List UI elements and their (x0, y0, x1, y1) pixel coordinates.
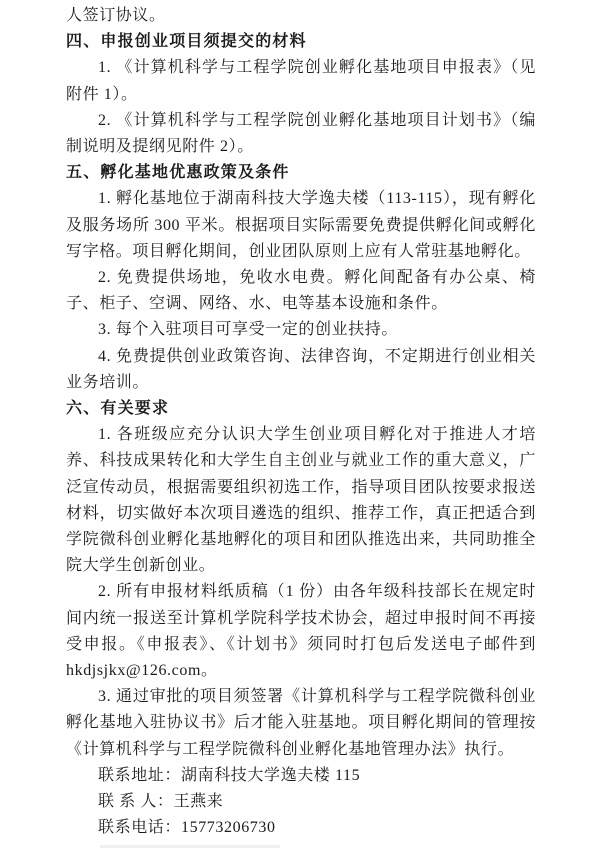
contact-line: 联系电话：15773206730 (66, 815, 536, 841)
section-heading: 四、申报创业项目须提交的材料 (66, 29, 536, 55)
contact-line: 联系地址：湖南科技大学逸夫楼 115 (66, 763, 536, 789)
section-heading: 五、孵化基地优惠政策及条件 (66, 160, 536, 186)
paragraph: 3. 通过审批的项目须签署《计算机科学与工程学院微科创业孵化基地入驻协议书》后才… (66, 684, 536, 763)
paragraph: 1. 各班级应充分认识大学生创业项目孵化对于推进人才培养、科技成果转化和大学生自… (66, 422, 536, 579)
paragraph: 1. 《计算机科学与工程学院创业孵化基地项目申报表》（见附件 1）。 (66, 55, 536, 107)
paragraph: 2. 所有申报材料纸质稿（1 份）由各年级科技部长在规定时间内统一报送至计算机学… (66, 579, 536, 684)
paragraph: 3. 每个入驻项目可享受一定的创业扶持。 (66, 317, 536, 343)
document-page: 人签订协议。四、申报创业项目须提交的材料1. 《计算机科学与工程学院创业孵化基地… (0, 0, 600, 848)
contact-line: 联 系 人：王燕来 (66, 789, 536, 815)
paragraph: 1. 孵化基地位于湖南科技大学逸夫楼（113-115），现有孵化及服务场所 30… (66, 186, 536, 265)
paragraph: 4. 免费提供创业政策咨询、法律咨询，不定期进行创业相关业务培训。 (66, 344, 536, 396)
document-body: 人签订协议。四、申报创业项目须提交的材料1. 《计算机科学与工程学院创业孵化基地… (66, 3, 536, 842)
paragraph: 2. 《计算机科学与工程学院创业孵化基地项目计划书》（编制说明及提纲见附件 2）… (66, 108, 536, 160)
section-heading: 六、有关要求 (66, 396, 536, 422)
paragraph-continuation: 人签订协议。 (66, 3, 536, 29)
paragraph: 2. 免费提供场地，免收水电费。孵化间配备有办公桌、椅子、柜子、空调、网络、水、… (66, 265, 536, 317)
